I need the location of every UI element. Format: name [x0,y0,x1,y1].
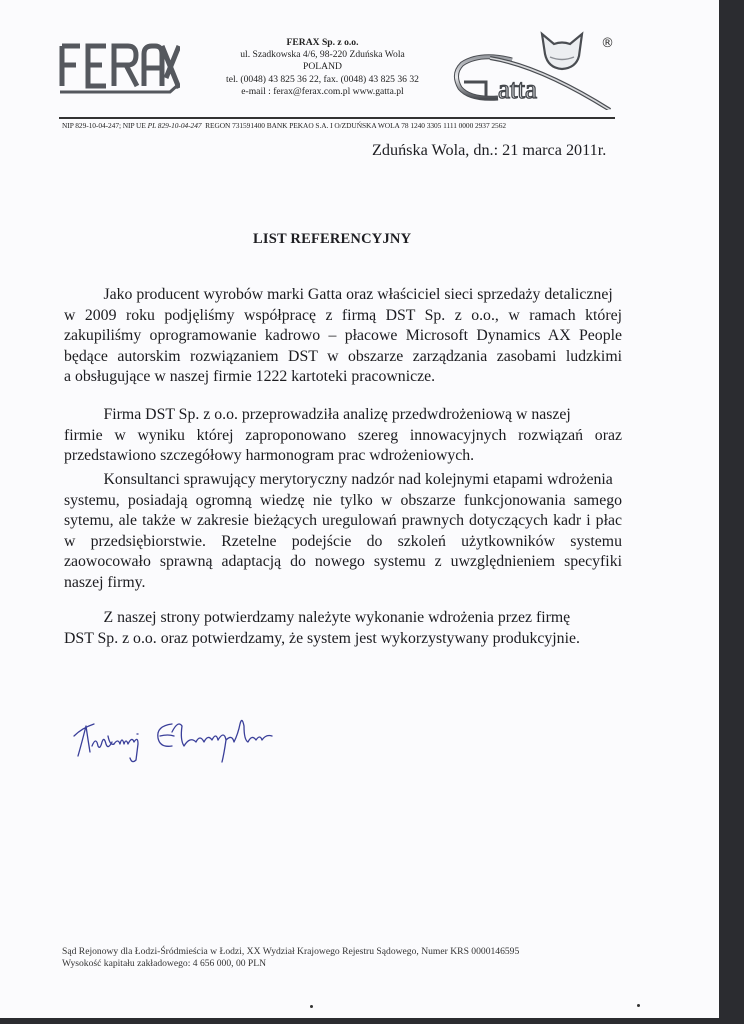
company-name: FERAX Sp. z o.o. [200,37,445,49]
company-address: ul. Szadkowska 4/6, 98-220 Zduńska Wola [200,49,445,61]
date-line: Zduńska Wola, dn.: 21 marca 2011r. [372,141,606,160]
letter-title: LIST REFERENCYJNY [253,231,411,248]
company-email-web: e-mail : ferax@ferax.com.pl www.gatta.pl [200,86,445,98]
ferax-logo: FERAX [58,40,180,100]
paragraph-3: Konsultanci sprawujący merytoryczny nadz… [64,470,622,594]
header-divider [59,117,615,119]
paragraph-4: Z naszej strony potwierdzamy należyte wy… [64,608,622,649]
paragraph-2: Firma DST Sp. z o.o. przeprowadziła anal… [64,405,622,467]
letter-page: FERAX FERAX Sp. z o.o. ul. Szadkowska 4/… [0,0,719,1018]
registration-line: NIP 829-10-04-247; NIP UE PL 829-10-04-2… [62,121,622,130]
gatta-wordmark: atta [498,74,537,104]
handwritten-signature: Andrzej Kowalski (signature) [68,706,288,768]
company-phone-fax: tel. (0048) 43 825 36 22, fax. (0048) 43… [200,74,445,86]
company-country: POLAND [200,61,445,73]
footer-legal: Sąd Rejonowy dla Łodzi-Śródmieścia w Łod… [62,946,519,971]
scan-speck [310,1005,313,1008]
paragraph-1: Jako producent wyrobów marki Gatta oraz … [64,285,622,388]
company-info: FERAX Sp. z o.o. ul. Szadkowska 4/6, 98-… [200,37,445,98]
nip-ue: PL 829-10-04-247 [148,121,202,130]
court-registration: Sąd Rejonowy dla Łodzi-Śródmieścia w Łod… [62,946,519,958]
scan-speck [637,1004,640,1007]
share-capital: Wysokość kapitału zakładowego: 4 656 000… [62,958,519,970]
registered-mark: ® [601,36,614,51]
